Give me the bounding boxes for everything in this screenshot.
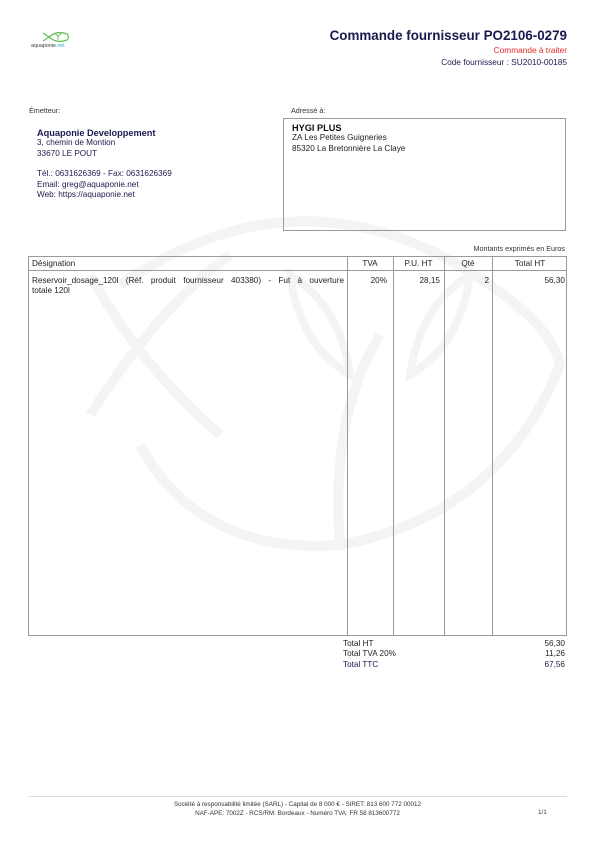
column-header-designation: Désignation: [32, 259, 75, 268]
order-status: Commande à traiter: [494, 45, 567, 55]
sender-phone-fax: Tél.: 0631626369 - Fax: 0631626369: [37, 169, 172, 179]
currency-note: Montants exprimés en Euros: [474, 244, 565, 253]
sender-email[interactable]: Email: greg@aquaponie.net: [37, 180, 172, 190]
supplier-code: Code fournisseur : SU2010-00185: [441, 57, 567, 67]
column-header-qty: Qté: [444, 259, 492, 268]
total-ttc-value: 67,56: [545, 660, 566, 670]
row-unit-price: 28,15: [393, 276, 440, 286]
page-number: 1/1: [538, 809, 547, 816]
total-ht-value: 56,30: [545, 639, 566, 649]
column-header-total: Total HT: [492, 259, 568, 268]
row-tva: 20%: [347, 276, 387, 286]
document-title: Commande fournisseur PO2106-0279: [330, 28, 567, 43]
row-total: 56,30: [492, 276, 565, 286]
sender-address-line2: 33670 LE POUT: [37, 149, 172, 159]
column-header-unit-price: P.U. HT: [393, 259, 444, 268]
fish-logo-icon: [41, 30, 71, 44]
items-table: Désignation TVA P.U. HT Qté Total HT Res…: [28, 256, 567, 636]
sender-name: Aquaponie Developpement: [37, 128, 172, 138]
recipient-address-line2: 85320 La Bretonnière La Claye: [292, 144, 565, 154]
sender-block: Aquaponie Developpement 3, chemin de Mon…: [37, 128, 172, 200]
total-tva-value: 11,26: [545, 649, 565, 659]
recipient-address-line1: ZA Les Petites Guigneries: [292, 133, 565, 143]
legal-footer: Société à responsabilité limitée (SARL) …: [0, 800, 595, 818]
total-tva-row: Total TVA 20% 11,26: [343, 649, 565, 659]
sender-label: Émetteur:: [29, 106, 60, 115]
recipient-label: Adressé à:: [291, 106, 325, 115]
footer-divider: [28, 796, 567, 797]
recipient-box: HYGI PLUS ZA Les Petites Guigneries 8532…: [283, 118, 566, 231]
row-designation: Reservoir_dosage_120l (Réf. produit four…: [32, 276, 344, 295]
total-ttc-row: Total TTC 67,56: [343, 660, 565, 670]
logo-wordmark: aquaponie.net: [31, 43, 81, 49]
total-ht-row: Total HT 56,30: [343, 639, 565, 649]
totals-block: Total HT 56,30 Total TVA 20% 11,26 Total…: [343, 639, 565, 670]
company-logo: aquaponie.net: [31, 30, 81, 56]
row-qty: 2: [444, 276, 489, 286]
column-header-tva: TVA: [347, 259, 393, 268]
recipient-name: HYGI PLUS: [292, 123, 565, 133]
sender-address-line1: 3, chemin de Montion: [37, 138, 172, 148]
sender-website[interactable]: Web: https://aquaponie.net: [37, 190, 172, 200]
